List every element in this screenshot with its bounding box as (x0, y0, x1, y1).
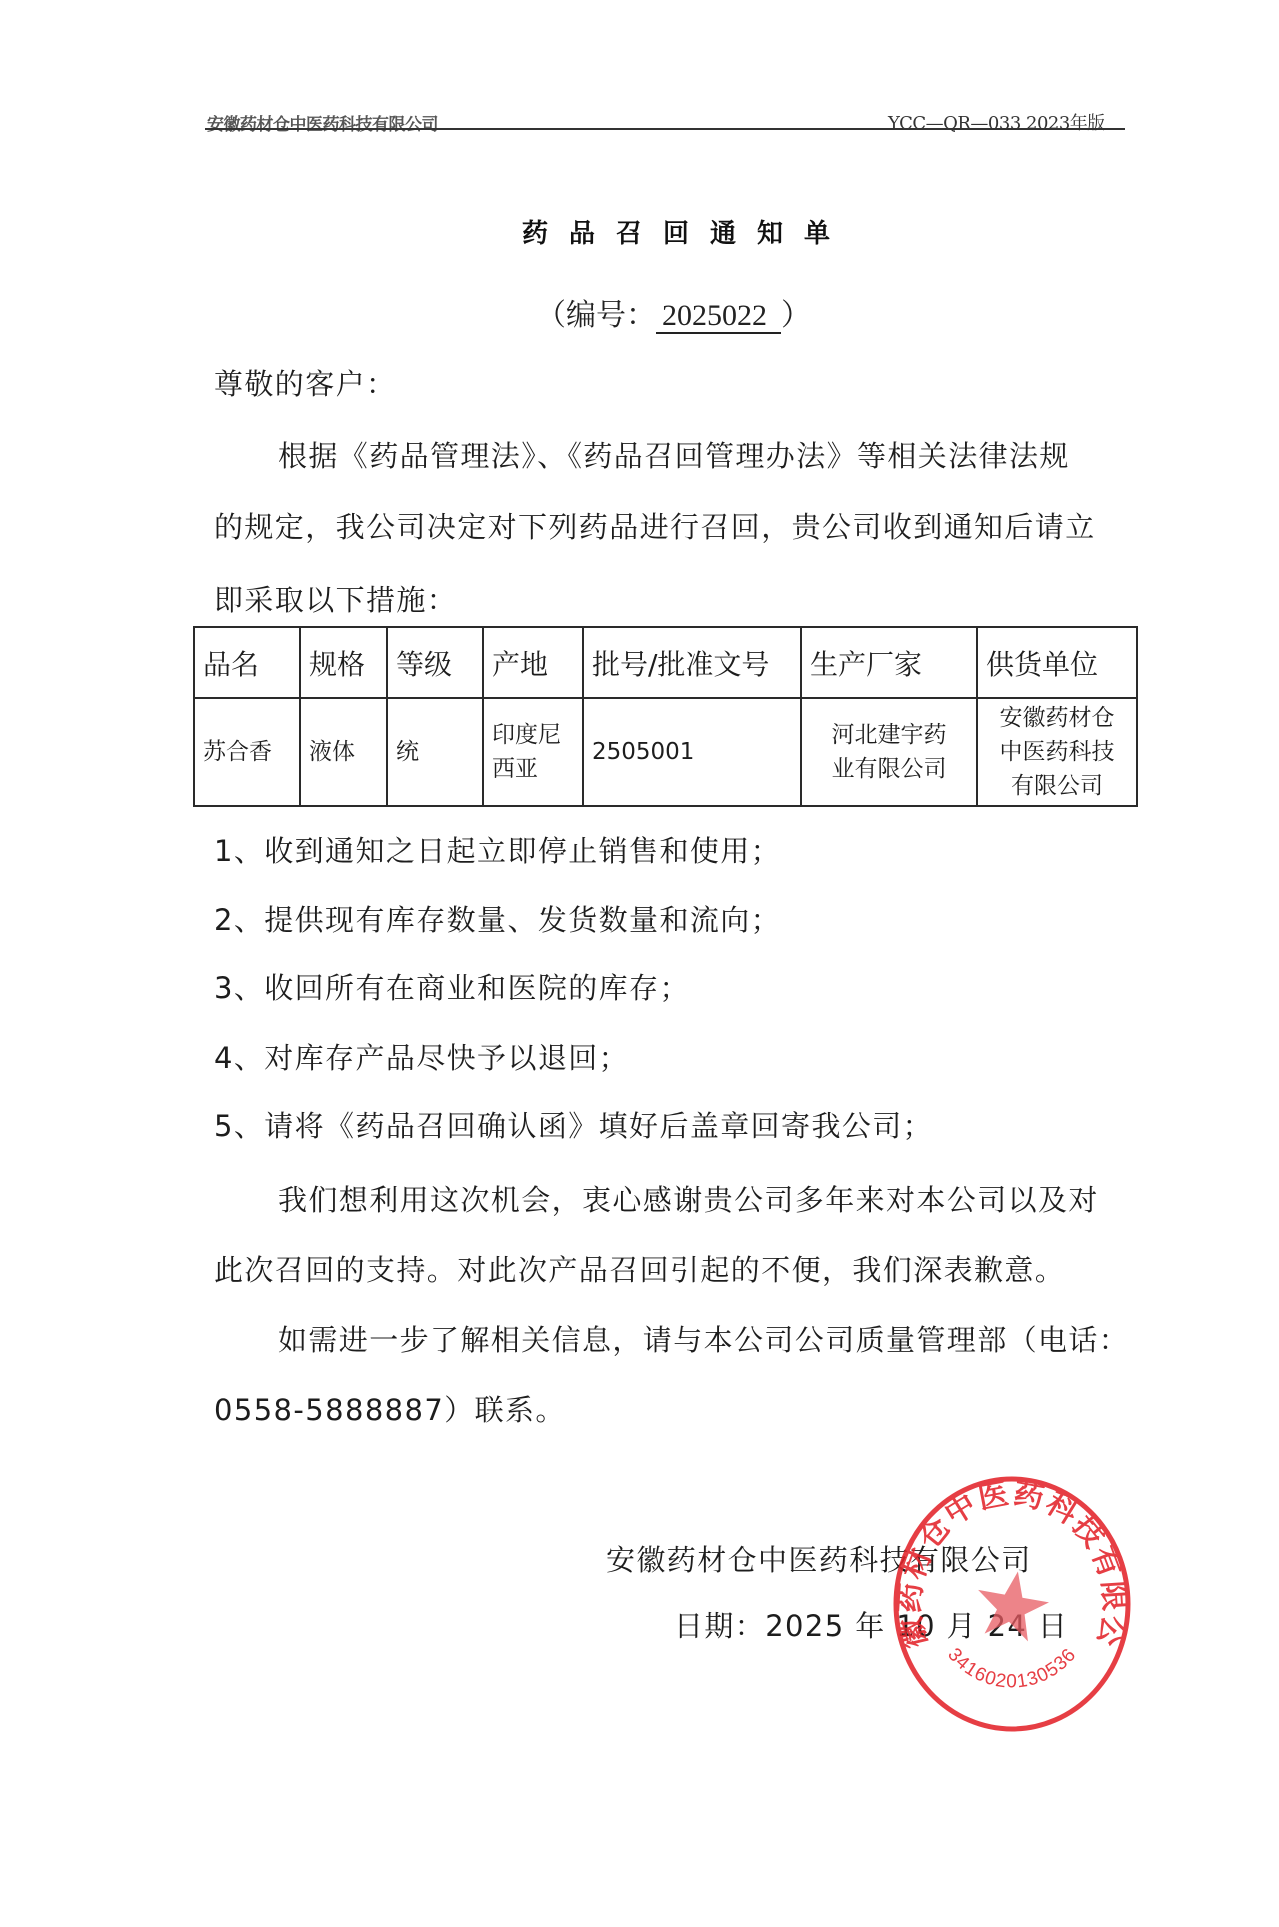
contact-line-2: 0558-5888887）联系。 (214, 1388, 566, 1429)
col-header-origin: 产地 (483, 627, 583, 698)
signature-company: 安徽药材仓中医药科技有限公司 (606, 1538, 1032, 1579)
intro-line-1: 根据《药品管理法》、《药品召回管理办法》等相关法律法规 (278, 434, 1070, 475)
col-header-supplier: 供货单位 (977, 627, 1137, 698)
col-header-grade: 等级 (387, 627, 483, 698)
cell-supplier: 安徽药材仓 中医药科技 有限公司 (977, 698, 1137, 806)
intro-line-3: 即采取以下措施： (214, 578, 457, 619)
table-header-row: 品名 规格 等级 产地 批号/批准文号 生产厂家 供货单位 (194, 627, 1137, 698)
measure-item-4: 4、对库存产品尽快予以退回； (214, 1036, 629, 1077)
col-header-name: 品名 (194, 627, 300, 698)
cell-origin-line-1: 印度尼 (492, 718, 574, 752)
header-rule (205, 128, 1125, 130)
col-header-batch: 批号/批准文号 (583, 627, 801, 698)
doc-number-suffix: ） (781, 299, 811, 332)
doc-number: （编号：2025022） (536, 290, 811, 334)
doc-number-prefix: （编号： (536, 299, 656, 332)
seal-code: 3416020130536 (943, 1644, 1081, 1692)
cell-name: 苏合香 (194, 698, 300, 806)
col-header-manufacturer: 生产厂家 (801, 627, 977, 698)
cell-manufacturer-line-2: 业有限公司 (810, 752, 968, 786)
contact-line-1: 如需进一步了解相关信息，请与本公司公司质量管理部（电话： (278, 1318, 1129, 1359)
measure-item-5: 5、请将《药品召回确认函》填好后盖章回寄我公司； (214, 1104, 933, 1145)
cell-origin-line-2: 西亚 (492, 752, 574, 786)
page-title: 药品召回通知单 (522, 213, 851, 250)
cell-manufacturer: 河北建宇药 业有限公司 (801, 698, 977, 806)
header-company: 安徽药材仓中医药科技有限公司 (207, 110, 438, 135)
cell-supplier-line-1: 安徽药材仓 (986, 701, 1128, 735)
cell-spec: 液体 (300, 698, 387, 806)
cell-grade: 统 (387, 698, 483, 806)
cell-manufacturer-line-1: 河北建宇药 (810, 718, 968, 752)
cell-batch: 2505001 (583, 698, 801, 806)
header-doc-code: YCC—QR—033 2023年版 (888, 109, 1105, 135)
measure-item-1: 1、收到通知之日起立即停止销售和使用； (214, 829, 781, 870)
intro-line-2: 的规定，我公司决定对下列药品进行召回，贵公司收到通知后请立 (214, 505, 1096, 546)
signature-date: 日期：2025 年 10 月 24 日 (674, 1604, 1068, 1645)
col-header-spec: 规格 (300, 627, 387, 698)
cell-supplier-line-2: 中医药科技 (986, 735, 1128, 769)
salutation: 尊敬的客户： (214, 362, 396, 403)
recall-table: 品名 规格 等级 产地 批号/批准文号 生产厂家 供货单位 苏合香 液体 统 印… (193, 626, 1138, 807)
measure-item-3: 3、收回所有在商业和医院的库存； (214, 966, 690, 1007)
thanks-line-2: 此次召回的支持。对此次产品召回引起的不便，我们深表歉意。 (214, 1248, 1065, 1289)
cell-supplier-line-3: 有限公司 (986, 769, 1128, 803)
svg-text:3416020130536: 3416020130536 (943, 1644, 1081, 1692)
cell-origin: 印度尼 西亚 (483, 698, 583, 806)
doc-number-value: 2025022 (656, 300, 781, 334)
table-row: 苏合香 液体 统 印度尼 西亚 2505001 河北建宇药 业有限公司 安徽药材… (194, 698, 1137, 806)
thanks-line-1: 我们想利用这次机会，衷心感谢贵公司多年来对本公司以及对 (278, 1178, 1099, 1219)
measure-item-2: 2、提供现有库存数量、发货数量和流向； (214, 898, 781, 939)
